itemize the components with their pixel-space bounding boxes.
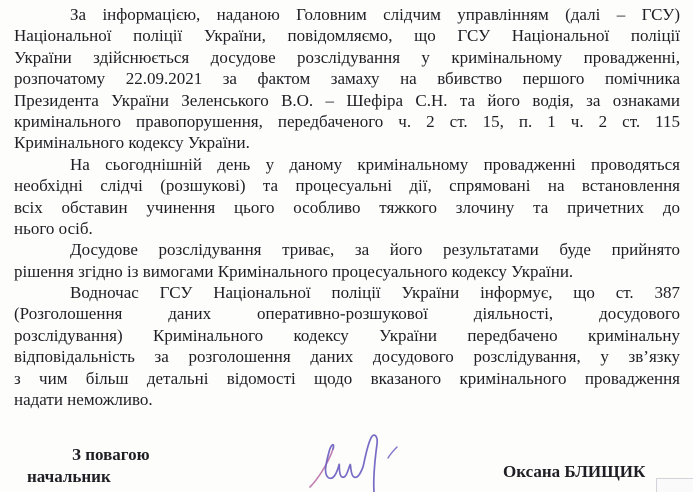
text-line: України здійснюється досудове розслідува… [14, 47, 680, 68]
text-line: кримінального правопорушення, передбачен… [14, 111, 680, 132]
text-line: всіх обставин учинення цього особливо тя… [14, 197, 680, 218]
signature-entry-stroke [310, 449, 333, 487]
paragraph: Водночас ГСУ Національної поліції Україн… [14, 282, 680, 410]
text-line: На сьогоднішній день у даному кримінальн… [14, 154, 680, 175]
text-line: надати неможливо. [14, 389, 680, 410]
scanned-letter-page: За інформацією, наданою Головним слідчим… [0, 0, 693, 492]
text-line: з чим більш детальні відомості щодо вказ… [14, 368, 680, 389]
text-line: відповідальність за розголошення даних д… [14, 346, 680, 367]
text-line: розслідування) Кримінального кодексу Укр… [14, 325, 680, 346]
signer-name: Оксана БЛИЩИК [503, 461, 645, 482]
paragraph: На сьогоднішній день у даному кримінальн… [14, 154, 680, 240]
text-line: (Розголошення даних оперативно-розшуково… [14, 303, 680, 324]
paragraph: Досудове розслідування триває, за його р… [14, 239, 680, 282]
text-line: Національної поліції України, повідомляє… [14, 25, 680, 46]
text-line: необхідні слідчі (розшукові) та процесуа… [14, 175, 680, 196]
signer-position: начальник [27, 466, 111, 487]
text-line: Водночас ГСУ Національної поліції Україн… [14, 282, 680, 303]
text-line: нього осіб. [14, 218, 680, 239]
closing-regards: З повагою [72, 444, 150, 465]
handwritten-signature-icon [303, 431, 411, 492]
paragraph: За інформацією, наданою Головним слідчим… [14, 4, 680, 154]
text-line: Кримінального кодексу України. [14, 132, 680, 153]
text-line: Президента України Зеленського В.О. – Ше… [14, 90, 680, 111]
scan-artifact [656, 478, 693, 492]
text-line: За інформацією, наданою Головним слідчим… [14, 4, 680, 25]
text-line: рішення згідно із вимогами Кримінального… [14, 261, 680, 282]
letter-body: За інформацією, наданою Головним слідчим… [14, 4, 680, 410]
text-line: розпочатому 22.09.2021 за фактом замаху … [14, 68, 680, 89]
text-line: Досудове розслідування триває, за його р… [14, 239, 680, 260]
signature-main-stroke [326, 435, 378, 492]
signature-tick-stroke [388, 447, 397, 458]
